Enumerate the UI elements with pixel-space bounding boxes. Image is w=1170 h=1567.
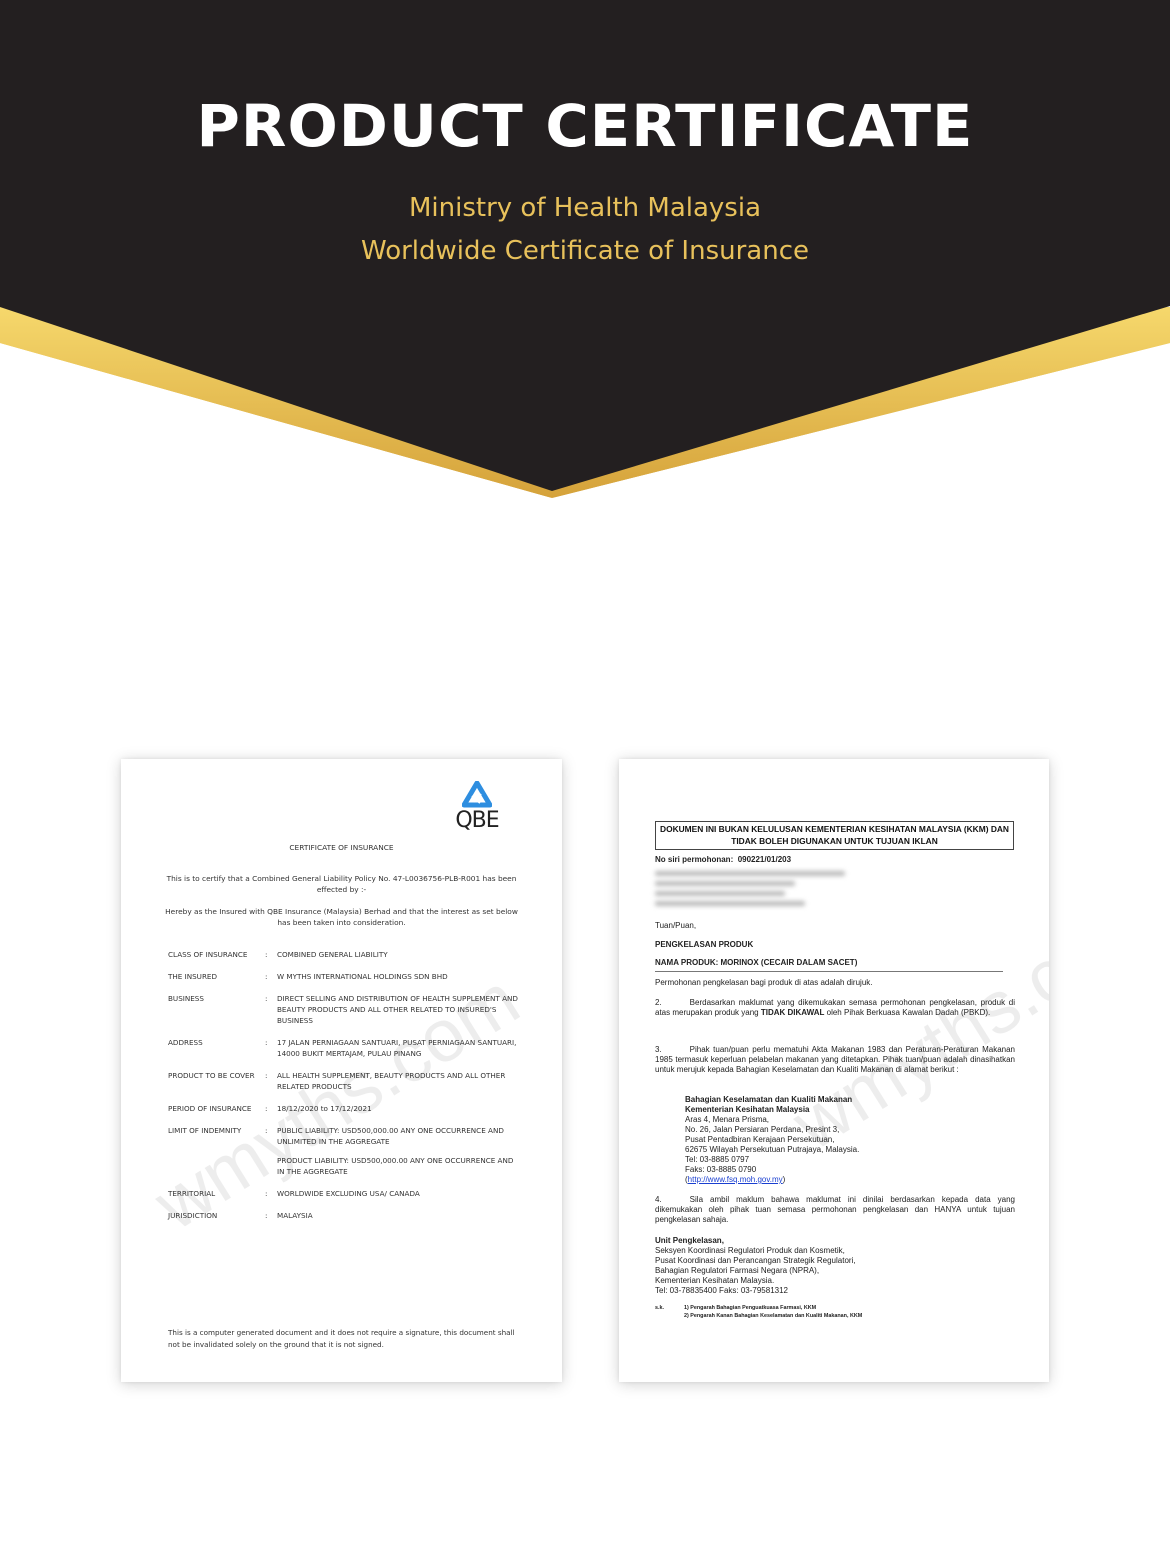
classification-letter-page: wmyths.com DOKUMEN INI BUKAN KELULUSAN K… bbox=[619, 759, 1049, 1382]
fsq-website-link[interactable]: http://www.fsq.moh.gov.my bbox=[688, 1175, 783, 1184]
subtitle-ministry: Ministry of Health Malaysia bbox=[0, 193, 1170, 223]
subtitle-insurance: Worldwide Certificate of Insurance bbox=[0, 236, 1170, 266]
detail-row: ADDRESS : 17 JALAN PERNIAGAAN SANTUARI, … bbox=[168, 1037, 518, 1059]
divider bbox=[655, 971, 1003, 972]
certificate-details-table: CLASS OF INSURANCE : COMBINED GENERAL LI… bbox=[168, 949, 518, 1221]
page-title: PRODUCT CERTIFICATE bbox=[0, 92, 1170, 160]
qbe-logo-text: QBE bbox=[452, 810, 502, 832]
letter-heading: PENGKELASAN PRODUK bbox=[655, 940, 1015, 950]
qbe-logo: QBE bbox=[452, 781, 502, 832]
detail-row: PERIOD OF INSURANCE : 18/12/2020 to 17/1… bbox=[168, 1103, 518, 1114]
paragraph-3: 3.Pihak tuan/puan perlu mematuhi Akta Ma… bbox=[655, 1045, 1015, 1075]
detail-row: LIMIT OF INDEMNITY : PUBLIC LIABILITY: U… bbox=[168, 1125, 518, 1177]
certificate-intro-2: Hereby as the Insured with QBE Insurance… bbox=[161, 906, 522, 928]
paragraph-2: 2.Berdasarkan maklumat yang dikemukakan … bbox=[655, 998, 1015, 1018]
certificate-intro: This is to certify that a Combined Gener… bbox=[161, 873, 522, 895]
food-safety-address: Bahagian Keselamatan dan Kualiti Makanan… bbox=[685, 1095, 985, 1185]
redacted-recipient-address bbox=[655, 871, 855, 911]
qbe-triangle-icon bbox=[462, 781, 492, 809]
insurance-certificate-page: wmyths.com QBE CERTIFICATE OF INSURANCE … bbox=[121, 759, 562, 1382]
certificate-footer-note: This is a computer generated document an… bbox=[168, 1327, 528, 1351]
sender-block: Unit Pengkelasan, Seksyen Koordinasi Reg… bbox=[655, 1236, 1015, 1296]
disclaimer-box: DOKUMEN INI BUKAN KELULUSAN KEMENTERIAN … bbox=[655, 821, 1014, 850]
serial-number: No siri permohonan: 090221/01/203 bbox=[655, 855, 1015, 865]
paragraph-4: 4.Sila ambil maklum bahawa maklumat ini … bbox=[655, 1195, 1015, 1225]
product-name: NAMA PRODUK: MORINOX (CECAIR DALAM SACET… bbox=[655, 958, 1015, 968]
carbon-copy-list: s.k. 1) Pengarah Bahagian Penguatkuasa F… bbox=[655, 1305, 1015, 1320]
detail-row: BUSINESS : DIRECT SELLING AND DISTRIBUTI… bbox=[168, 993, 518, 1026]
header-banner: PRODUCT CERTIFICATE Ministry of Health M… bbox=[0, 0, 1170, 500]
salutation: Tuan/Puan, bbox=[655, 921, 1015, 931]
detail-row: THE INSURED : W MYTHS INTERNATIONAL HOLD… bbox=[168, 971, 518, 982]
detail-row: PRODUCT TO BE COVER : ALL HEALTH SUPPLEM… bbox=[168, 1070, 518, 1092]
detail-row: CLASS OF INSURANCE : COMBINED GENERAL LI… bbox=[168, 949, 518, 960]
detail-row: JURISDICTION : MALAYSIA bbox=[168, 1210, 518, 1221]
detail-row: TERRITORIAL : WORLDWIDE EXCLUDING USA/ C… bbox=[168, 1188, 518, 1199]
paragraph-1: Permohonan pengkelasan bagi produk di at… bbox=[655, 978, 1015, 988]
certificate-title: CERTIFICATE OF INSURANCE bbox=[121, 842, 562, 853]
